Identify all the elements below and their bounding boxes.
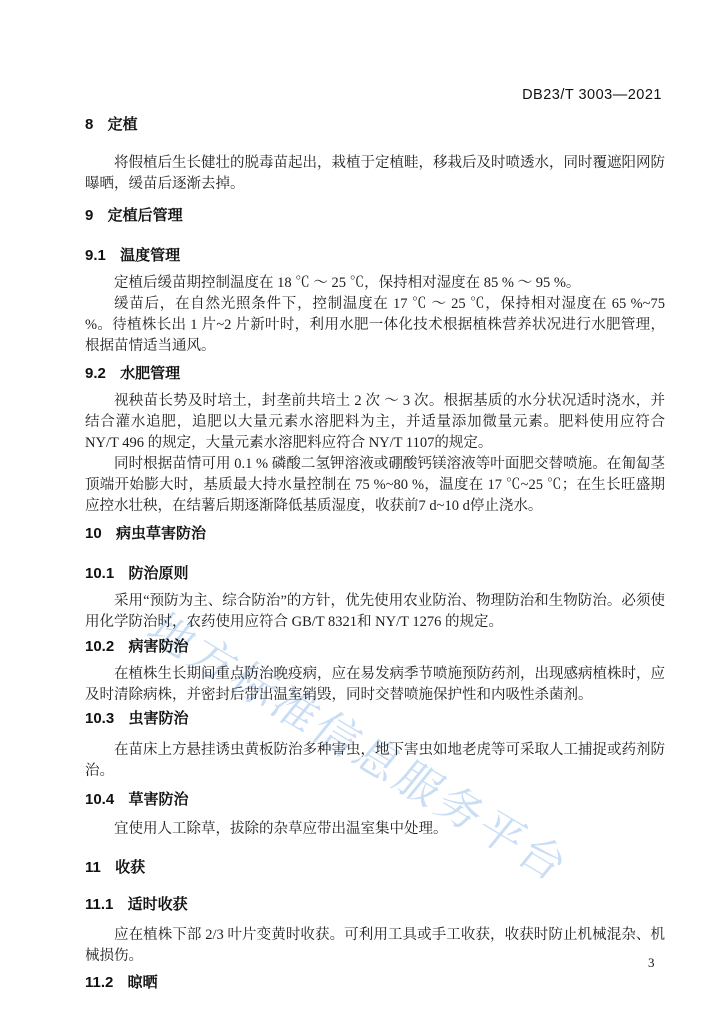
section-heading-11-1: 11.1适时收获 bbox=[85, 897, 665, 913]
section-number: 11 bbox=[85, 859, 101, 876]
document-content: 8定植 将假植后生长健壮的脱毒苗起出，栽植于定植畦，移栽后及时喷透水，同时覆遮阳… bbox=[85, 117, 665, 991]
paragraph: 视秧苗长势及时培土，封垄前共培土 2 次 ～ 3 次。根据基质的水分状况适时浇水… bbox=[85, 391, 665, 454]
section-number: 9.1 bbox=[85, 247, 106, 264]
paragraph: 在植株生长期间重点防治晚疫病，应在易发病季节喷施预防药剂，出现感病植株时，应及时… bbox=[85, 664, 665, 706]
section-number: 8 bbox=[85, 116, 93, 133]
section-number: 10.1 bbox=[85, 565, 114, 582]
section-title: 病虫草害防治 bbox=[116, 525, 206, 542]
paragraph: 宜使用人工除草，拔除的杂草应带出温室集中处理。 bbox=[85, 819, 665, 840]
section-title: 温度管理 bbox=[120, 247, 180, 264]
section-number: 10.2 bbox=[85, 638, 114, 655]
section-heading-9-1: 9.1温度管理 bbox=[85, 248, 665, 264]
paragraph: 缓苗后，在自然光照条件下，控制温度在 17 ℃ ～ 25 ℃，保持相对湿度在 6… bbox=[85, 294, 665, 357]
document-page: DB23/T 3003—2021 地方标准信息服务平台 8定植 将假植后生长健壮… bbox=[0, 0, 724, 1024]
section-title: 定植后管理 bbox=[108, 207, 183, 224]
section-number: 11.2 bbox=[85, 974, 113, 991]
section-title: 收获 bbox=[115, 859, 145, 876]
section-title: 草害防治 bbox=[128, 791, 188, 808]
page-header: DB23/T 3003—2021 bbox=[522, 87, 662, 103]
paragraph: 采用“预防为主、综合防治”的方针，优先使用农业防治、物理防治和生物防治。必须使用… bbox=[85, 591, 665, 633]
section-number: 9.2 bbox=[85, 365, 106, 382]
paragraph: 定植后缓苗期控制温度在 18 ℃ ～ 25 ℃，保持相对湿度在 85 % ～ 9… bbox=[85, 273, 665, 294]
section-number: 10 bbox=[85, 525, 102, 542]
page-number: 3 bbox=[648, 955, 655, 971]
section-number: 11.1 bbox=[85, 896, 113, 913]
section-heading-10-1: 10.1防治原则 bbox=[85, 566, 665, 582]
section-number: 10.3 bbox=[85, 710, 114, 727]
section-heading-9-2: 9.2水肥管理 bbox=[85, 366, 665, 382]
section-heading-8: 8定植 bbox=[85, 117, 665, 133]
section-heading-11-2: 11.2晾晒 bbox=[85, 975, 665, 991]
section-title: 晾晒 bbox=[128, 974, 158, 991]
section-title: 病害防治 bbox=[128, 638, 188, 655]
paragraph: 将假植后生长健壮的脱毒苗起出，栽植于定植畦，移栽后及时喷透水，同时覆遮阳网防曝晒… bbox=[85, 153, 665, 195]
paragraph: 同时根据苗情可用 0.1 % 磷酸二氢钾溶液或硼酸钙镁溶液等叶面肥交替喷施。在匍… bbox=[85, 454, 665, 517]
section-title: 定植 bbox=[108, 116, 138, 133]
section-heading-10-2: 10.2病害防治 bbox=[85, 639, 665, 655]
standard-number: DB23/T 3003—2021 bbox=[522, 87, 662, 103]
section-number: 10.4 bbox=[85, 791, 114, 808]
section-number: 9 bbox=[85, 207, 93, 224]
section-heading-11: 11收获 bbox=[85, 860, 665, 876]
section-title: 防治原则 bbox=[128, 565, 188, 582]
section-title: 适时收获 bbox=[128, 896, 188, 913]
section-heading-9: 9定植后管理 bbox=[85, 208, 665, 224]
section-heading-10-3: 10.3虫害防治 bbox=[85, 711, 665, 727]
section-title: 虫害防治 bbox=[128, 710, 188, 727]
section-title: 水肥管理 bbox=[120, 365, 180, 382]
section-heading-10-4: 10.4草害防治 bbox=[85, 792, 665, 808]
section-heading-10: 10病虫草害防治 bbox=[85, 526, 665, 542]
paragraph: 应在植株下部 2/3 叶片变黄时收获。可利用工具或手工收获，收获时防止机械混杂、… bbox=[85, 925, 665, 967]
paragraph: 在苗床上方悬挂诱虫黄板防治多种害虫，地下害虫如地老虎等可采取人工捕捉或药剂防治。 bbox=[85, 740, 665, 782]
